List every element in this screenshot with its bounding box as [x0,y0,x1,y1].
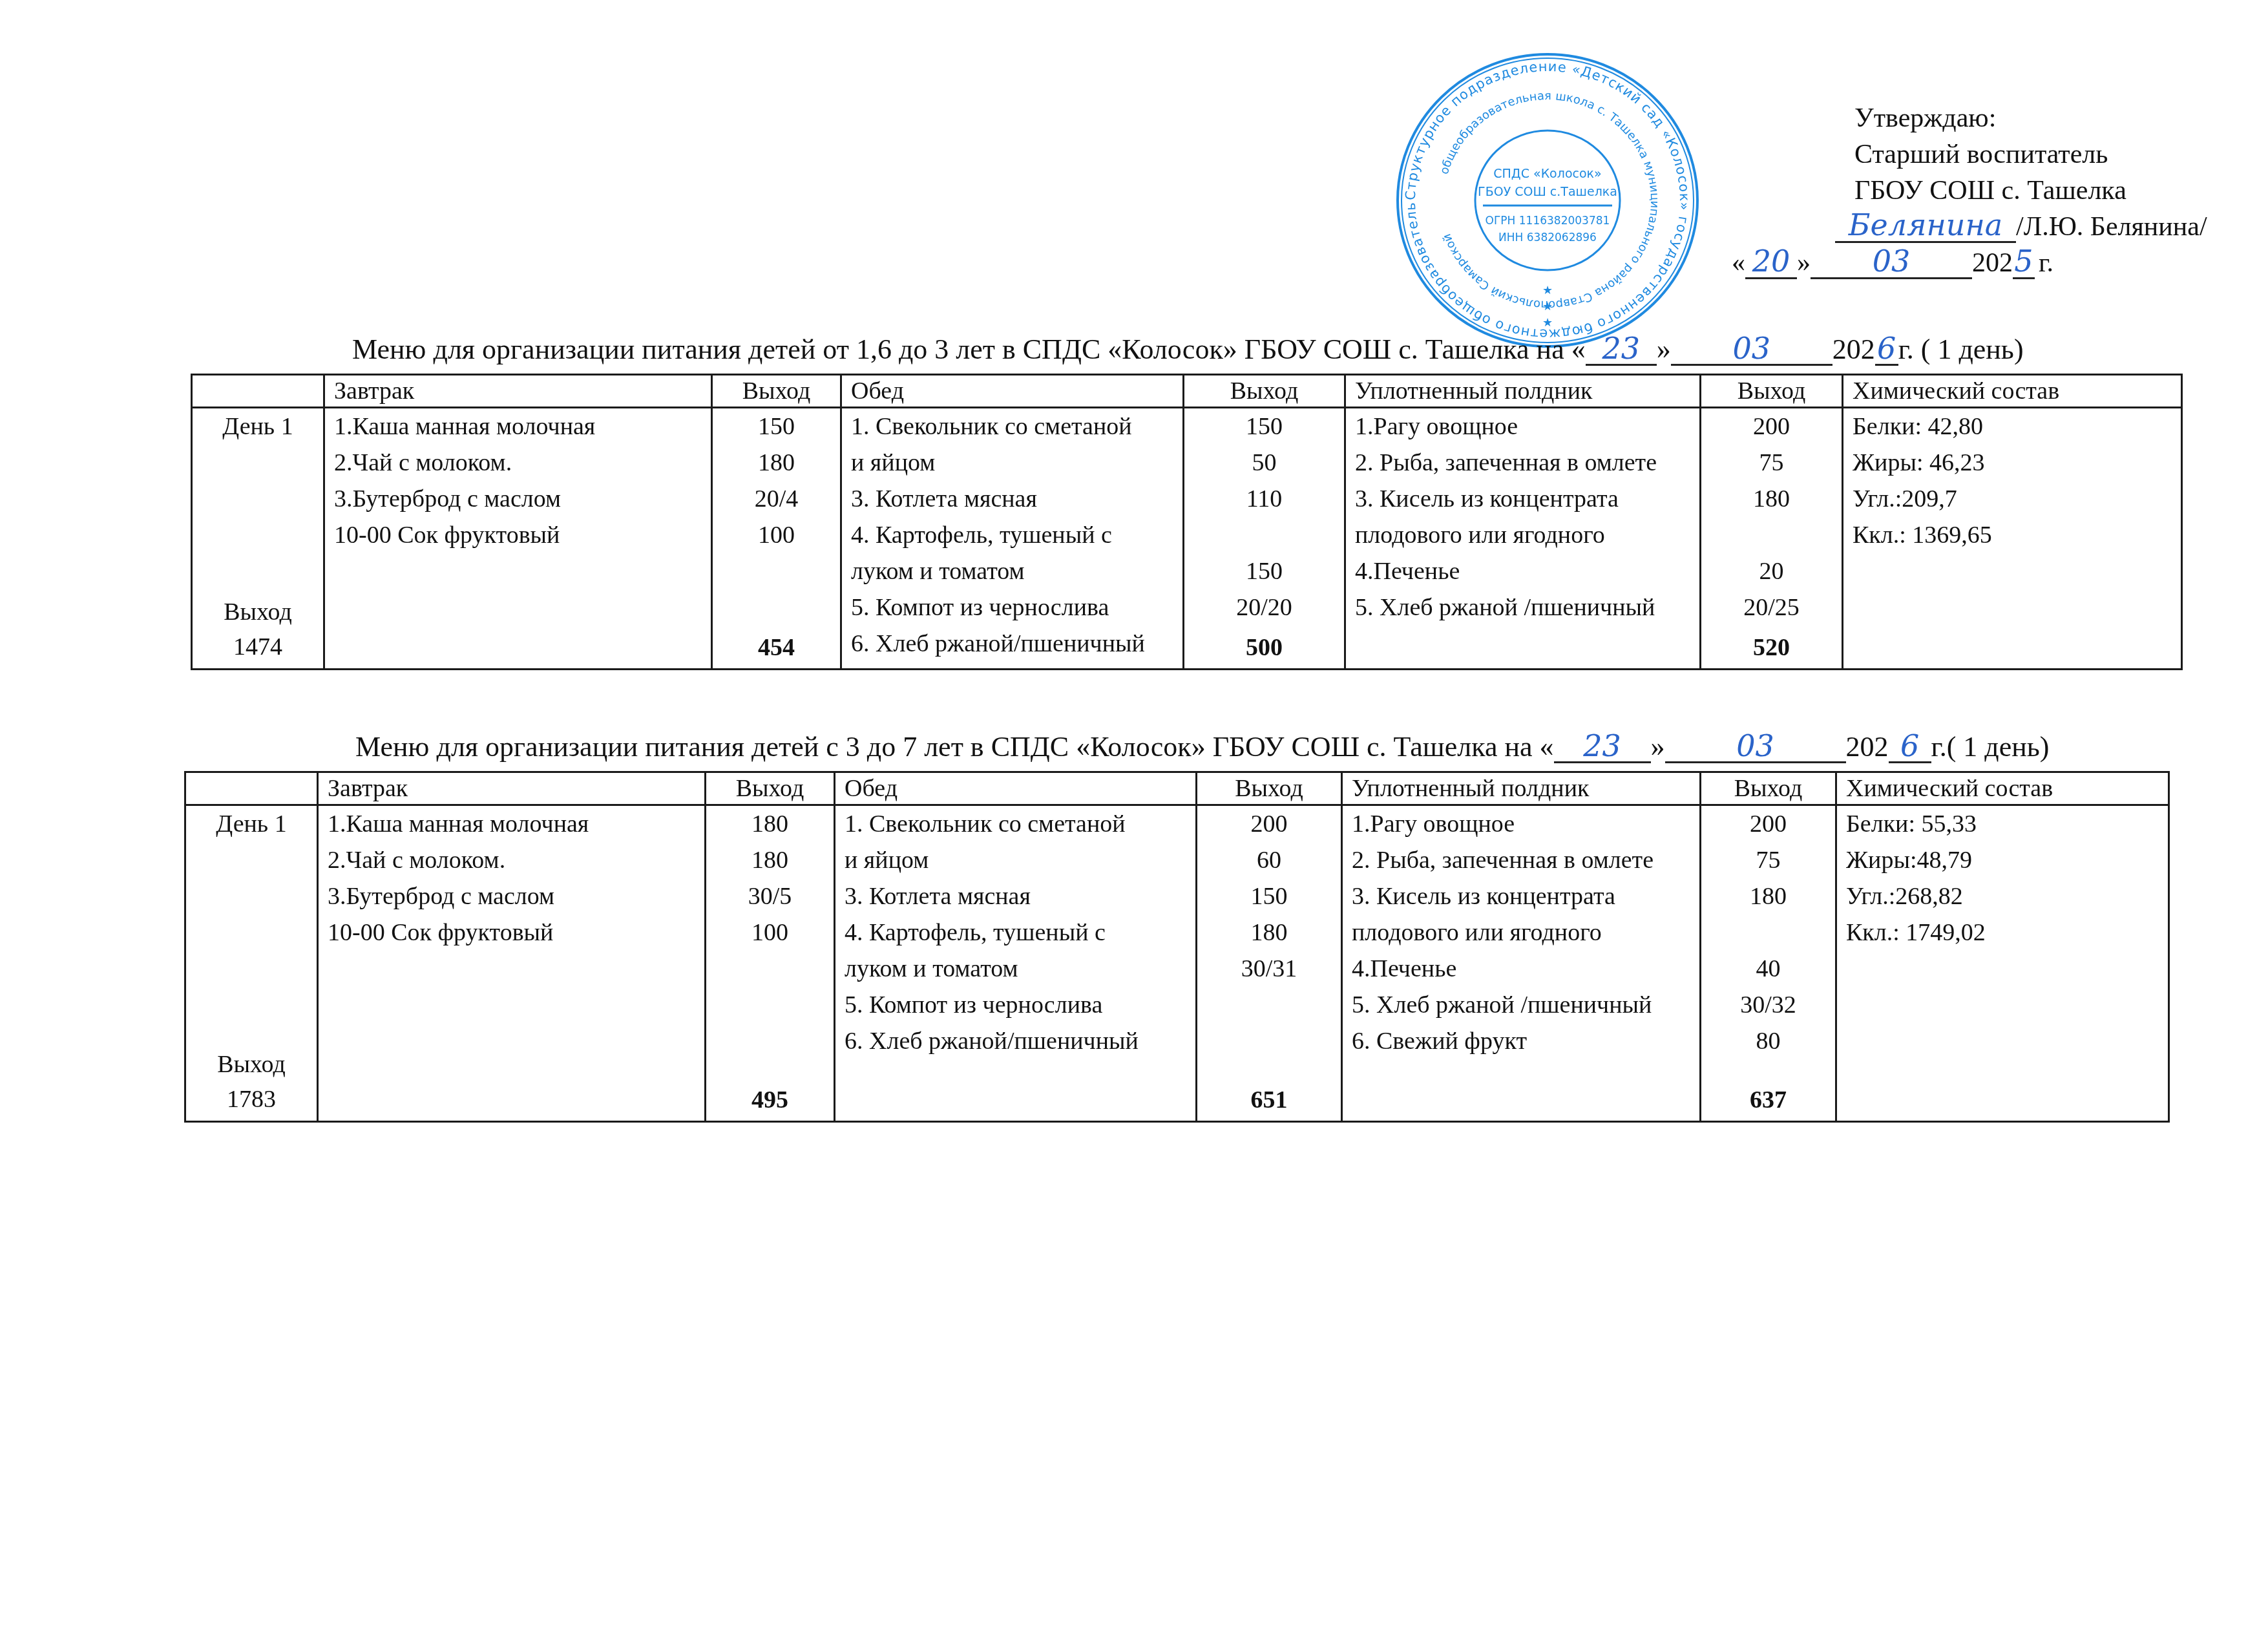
yield-value: 20/20 [1193,589,1335,626]
approval-position: Старший воспитатель [1854,136,2255,173]
day-label: День 1 [222,413,293,440]
yield-value: 180 [1206,914,1332,951]
menu-title-1: Меню для организации питания детей от 1,… [352,333,2024,366]
menu-date-day: 23 [1554,732,1651,763]
day-cell: День 1 Выход 1474 [192,408,324,670]
header-lunch-yield: Выход [1197,772,1342,805]
snack-yields: 200751802020/25520 [1701,408,1843,670]
menu-title-2: Меню для организации питания детей с 3 д… [355,730,2049,763]
menu-item: 6. Хлеб ржаной/пшеничный [851,626,1173,662]
svg-text:общеобразовательная школа с. Т: общеобразовательная школа с. Ташелка мун… [1438,89,1661,312]
menu-item: 3. Котлета мясная [845,878,1186,914]
approval-date-year: 5 [2013,247,2035,279]
menu-item: 3.Бутерброд с маслом [328,878,695,914]
signature-field: Белянина [1835,211,2016,243]
yield-value: 40 [1710,951,1826,987]
header-breakfast-yield: Выход [712,375,841,408]
menu-item: 10-00 Сок фруктовый [328,914,695,951]
header-lunch-yield: Выход [1184,375,1345,408]
header-breakfast-yield: Выход [706,772,835,805]
yield-value: 200 [1710,806,1826,842]
header-lunch: Обед [841,375,1184,408]
menu-item: Белки: 42,80 [1853,408,2172,445]
menu-item: 1. Свекольник со сметаной [851,408,1173,445]
stamp-seal-icon: Структурное подразделение «Детский сад «… [1392,48,1703,352]
menu-month-value: 03 [1736,728,1774,763]
menu-year-digit: 6 [1877,331,1896,366]
header-breakfast: Завтрак [318,772,706,805]
approval-day-value: 20 [1752,244,1790,279]
svg-text:★: ★ [1542,316,1553,329]
lunch-items: 1. Свекольник со сметанойи яйцом3. Котле… [835,805,1197,1122]
total-value: 1783 [186,1082,317,1117]
header-chem: Химический состав [1836,772,2169,805]
yield-value: 150 [1193,553,1335,589]
menu-item: 6. Хлеб ржаной/пшеничный [845,1023,1186,1059]
header-lunch: Обед [835,772,1197,805]
yield-value: 80 [1710,1023,1826,1059]
total-label: Выход [186,1047,317,1082]
menu-item: 1.Каша манная молочная [328,806,695,842]
header-empty [185,772,318,805]
lunch-items: 1. Свекольник со сметанойи яйцом3. Котле… [841,408,1184,670]
menu-item: 6. Свежий фрукт [1352,1023,1690,1059]
menu-item: 3.Бутерброд с маслом [334,481,702,517]
menu-item: 2. Рыба, запеченная в омлете [1355,445,1690,481]
menu-item: 4.Печенье [1355,553,1690,589]
yield-value: 180 [1710,481,1832,517]
yield-value [1710,517,1832,553]
yield-value: 180 [1710,878,1826,914]
yield-value: 100 [715,914,824,951]
menu-item: 1. Свекольник со сметаной [845,806,1186,842]
yield-value: 20/4 [722,481,831,517]
menu-title-suffix: г. ( 1 день) [1898,333,2024,365]
menu-year-digit: 6 [1900,728,1919,763]
stamp-center-line1: СПДС «Колосок» [1493,167,1601,181]
header-breakfast: Завтрак [324,375,712,408]
header-empty [192,375,324,408]
breakfast-yields: 18018030/5100495 [706,805,835,1122]
menu-item: 2.Чай с молоком. [334,445,702,481]
menu-item: 5. Компот из чернослива [851,589,1173,626]
yield-value: 150 [1206,878,1332,914]
chem-composition: Белки: 55,33Жиры:48,79Угл.:268,82Ккл.: 1… [1836,805,2169,1122]
menu-item: 2. Рыба, запеченная в омлете [1352,842,1690,878]
table-row: День 1 Выход 1783 1.Каша манная молочная… [185,805,2169,1122]
menu-item: 4.Печенье [1352,951,1690,987]
menu-item: Жиры: 46,23 [1853,445,2172,481]
svg-text:★: ★ [1542,300,1553,313]
yield-value: 100 [722,517,831,553]
breakfast-items: 1.Каша манная молочная2.Чай с молоком.3.… [324,408,712,670]
menu-item: 5. Хлеб ржаной /пшеничный [1355,589,1690,626]
menu-item: 4. Картофель, тушеный с [851,517,1173,553]
breakfast-items: 1.Каша манная молочная2.Чай с молоком.3.… [318,805,706,1122]
menu-date-year: 6 [1889,732,1931,763]
day-cell: День 1 Выход 1783 [185,805,318,1122]
menu-item: 5. Компот из чернослива [845,987,1186,1023]
yield-value: 50 [1193,445,1335,481]
quote-open: « [1732,248,1745,278]
menu-item: Ккл.: 1749,02 [1846,914,2159,951]
snack-items: 1.Рагу овощное2. Рыба, запеченная в омле… [1345,408,1701,670]
menu-item: 1.Каша манная молочная [334,408,702,445]
signatory-name: /Л.Ю. Белянина/ [2016,212,2207,242]
menu-quote-close: » [1657,333,1671,365]
yield-value: 30/5 [715,878,824,914]
menu-item: 1.Рагу овощное [1355,408,1690,445]
menu-item: и яйцом [845,842,1186,878]
menu-date-day: 23 [1586,334,1657,366]
stamp-center-line2: ГБОУ СОШ с.Ташелка [1478,185,1617,199]
menu-item: 3. Котлета мясная [851,481,1173,517]
menu-item: Угл.:209,7 [1853,481,2172,517]
yield-value: 150 [1193,408,1335,445]
yield-value: 30/32 [1710,987,1826,1023]
menu-item: Угл.:268,82 [1846,878,2159,914]
yield-value: 110 [1193,481,1335,517]
menu-item: луком и томатом [851,553,1173,589]
yield-total: 520 [1701,629,1842,666]
breakfast-yields: 15018020/4100454 [712,408,841,670]
menu-item: 3. Кисель из концентрата [1352,878,1690,914]
menu-title-text: Меню для организации питания детей от 1,… [352,333,1586,365]
approval-year-digit: 5 [2014,244,2033,279]
yield-value: 60 [1206,842,1332,878]
approval-date-month: 03 [1811,247,1972,279]
menu-item: Жиры:48,79 [1846,842,2159,878]
menu-date-year: 6 [1875,334,1898,366]
menu-item: 3. Кисель из концентрата [1355,481,1690,517]
lunch-yields: 1505011015020/20500 [1184,408,1345,670]
yield-total: 500 [1184,629,1344,666]
yield-value: 20 [1710,553,1832,589]
approval-year-suffix: г. [2039,248,2053,278]
total-label: Выход [193,595,323,629]
yield-value: 150 [722,408,831,445]
menu-day-value: 23 [1602,331,1640,366]
header-snack-yield: Выход [1701,772,1836,805]
menu-item: плодового или ягодного [1355,517,1690,553]
header-snack: Уплотненный полдник [1342,772,1701,805]
approval-organization: ГБОУ СОШ с. Ташелка [1854,173,2255,209]
menu-title-text: Меню для организации питания детей с 3 д… [355,731,1554,763]
menu-table-2: Завтрак Выход Обед Выход Уплотненный пол… [184,771,2170,1123]
snack-yields: 200751804030/3280637 [1701,805,1836,1122]
header-snack-yield: Выход [1701,375,1843,408]
menu-item: луком и томатом [845,951,1186,987]
yield-value: 20/25 [1710,589,1832,626]
menu-item: и яйцом [851,445,1173,481]
chem-composition: Белки: 42,80Жиры: 46,23Угл.:209,7Ккл.: 1… [1843,408,2182,670]
yield-value: 200 [1710,408,1832,445]
menu-item: 10-00 Сок фруктовый [334,517,702,553]
yield-total: 637 [1701,1082,1835,1118]
approval-year-prefix: 202 [1972,248,2013,278]
yield-value: 180 [715,806,824,842]
header-snack: Уплотненный полдник [1345,375,1701,408]
menu-item: плодового или ягодного [1352,914,1690,951]
approval-date-day: 20 [1745,247,1797,279]
snack-items: 1.Рагу овощное2. Рыба, запеченная в омле… [1342,805,1701,1122]
handwritten-signature: Белянина [1849,207,2002,242]
quote-close: » [1797,248,1811,278]
yield-value: 75 [1710,445,1832,481]
menu-item: Белки: 55,33 [1846,806,2159,842]
menu-date-month: 03 [1671,334,1832,366]
menu-item: 4. Картофель, тушеный с [845,914,1186,951]
stamp-ogrn: ОГРН 1116382003781 [1486,215,1610,227]
yield-total: 454 [713,629,840,666]
menu-quote-close: » [1651,731,1665,763]
yield-value: 180 [722,445,831,481]
yield-value: 30/31 [1206,951,1332,987]
menu-item: 2.Чай с молоком. [328,842,695,878]
yield-total: 495 [706,1082,834,1118]
official-stamp: Структурное подразделение «Детский сад «… [1392,48,1703,352]
menu-item: 5. Хлеб ржаной /пшеничный [1352,987,1690,1023]
menu-item: 1.Рагу овощное [1352,806,1690,842]
menu-year-prefix: 202 [1846,731,1889,763]
menu-table-1: Завтрак Выход Обед Выход Уплотненный пол… [191,374,2183,670]
approval-block: Утверждаю: Старший воспитатель ГБОУ СОШ … [1854,100,2255,281]
approval-label: Утверждаю: [1854,100,2255,136]
yield-value: 75 [1710,842,1826,878]
yield-value [1710,914,1826,951]
yield-value: 200 [1206,806,1332,842]
table-header-row: Завтрак Выход Обед Выход Уплотненный пол… [185,772,2169,805]
yield-value: 180 [715,842,824,878]
menu-title-suffix: г.( 1 день) [1931,731,2050,763]
approval-month-value: 03 [1873,244,1911,279]
table-header-row: Завтрак Выход Обед Выход Уплотненный пол… [192,375,2182,408]
menu-day-value: 23 [1583,728,1621,763]
menu-month-value: 03 [1732,331,1770,366]
menu-date-month: 03 [1665,732,1846,763]
menu-item: Ккл.: 1369,65 [1853,517,2172,553]
menu-year-prefix: 202 [1832,333,1875,365]
yield-total: 651 [1197,1082,1341,1118]
total-value: 1474 [193,629,323,664]
header-chem: Химический состав [1843,375,2182,408]
svg-text:★: ★ [1542,284,1553,297]
yield-value [1193,517,1335,553]
lunch-yields: 2006015018030/31651 [1197,805,1342,1122]
stamp-inn: ИНН 6382062896 [1498,231,1597,244]
day-label: День 1 [216,810,286,838]
table-row: День 1 Выход 1474 1.Каша манная молочная… [192,408,2182,670]
